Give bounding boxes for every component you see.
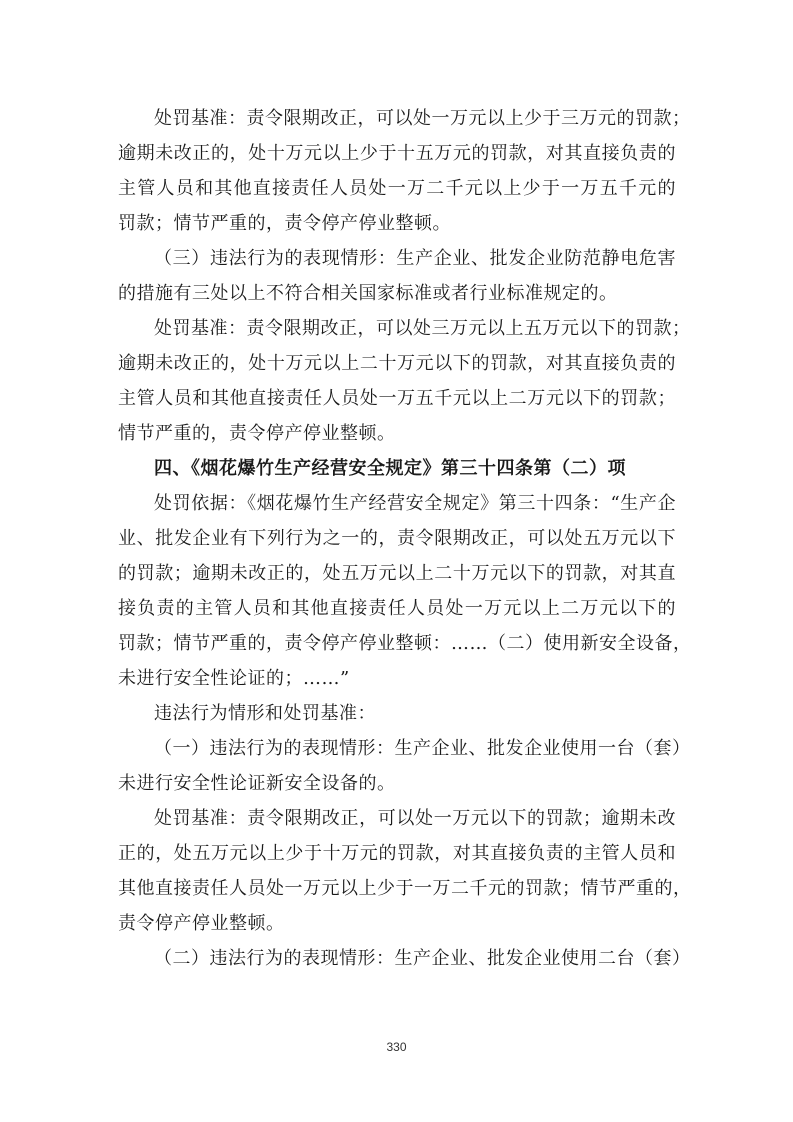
paragraph-line: （一）违法行为的表现情形：生产企业、批发企业使用一台（套） [118, 731, 676, 766]
paragraph-line: 违法行为情形和处罚基准： [118, 696, 676, 731]
paragraph-line: 逾期未改正的，处十万元以上二十万元以下的罚款，对其直接负责的 [118, 346, 676, 381]
paragraph-line: 处罚基准：责令限期改正，可以处一万元以下的罚款；逾期未改 [118, 801, 676, 836]
paragraph-line: 处罚基准：责令限期改正，可以处三万元以上五万元以下的罚款； [118, 311, 676, 346]
paragraph-line: （三）违法行为的表现情形：生产企业、批发企业防范静电危害 [118, 241, 676, 276]
paragraph-line: 的罚款；逾期未改正的，处五万元以上二十万元以下的罚款，对其直 [118, 556, 676, 591]
document-page: 处罚基准：责令限期改正，可以处一万元以上少于三万元的罚款； 逾期未改正的，处十万… [118, 101, 676, 976]
paragraph-line: 业、批发企业有下列行为之一的，责令限期改正，可以处五万元以下 [118, 521, 676, 556]
paragraph-line: 罚款；情节严重的，责令停产停业整顿：……（二）使用新安全设备， [118, 626, 676, 661]
paragraph-line: 处罚依据：《烟花爆竹生产经营安全规定》第三十四条：“生产企 [118, 486, 676, 521]
paragraph-line: 情节严重的，责令停产停业整顿。 [118, 416, 676, 451]
paragraph-line: 接负责的主管人员和其他直接责任人员处一万元以上二万元以下的 [118, 591, 676, 626]
paragraph-line: 罚款；情节严重的，责令停产停业整顿。 [118, 206, 676, 241]
paragraph-line: 未进行安全性论证新安全设备的。 [118, 766, 676, 801]
paragraph-line: （二）违法行为的表现情形：生产企业、批发企业使用二台（套） [118, 941, 676, 976]
paragraph-line: 主管人员和其他直接责任人员处一万二千元以上少于一万五千元的 [118, 171, 676, 206]
page-number: 330 [0, 1040, 793, 1054]
paragraph-line: 逾期未改正的，处十万元以上少于十五万元的罚款，对其直接负责的 [118, 136, 676, 171]
section-heading: 四、《烟花爆竹生产经营安全规定》第三十四条第（二）项 [118, 451, 676, 486]
paragraph-line: 处罚基准：责令限期改正，可以处一万元以上少于三万元的罚款； [118, 101, 676, 136]
paragraph-line: 责令停产停业整顿。 [118, 906, 676, 941]
paragraph-line: 主管人员和其他直接责任人员处一万五千元以上二万元以下的罚款； [118, 381, 676, 416]
paragraph-line: 未进行安全性论证的；……” [118, 661, 676, 696]
paragraph-line: 其他直接责任人员处一万元以上少于一万二千元的罚款；情节严重的， [118, 871, 676, 906]
paragraph-line: 正的，处五万元以上少于十万元的罚款，对其直接负责的主管人员和 [118, 836, 676, 871]
paragraph-line: 的措施有三处以上不符合相关国家标准或者行业标准规定的。 [118, 276, 676, 311]
